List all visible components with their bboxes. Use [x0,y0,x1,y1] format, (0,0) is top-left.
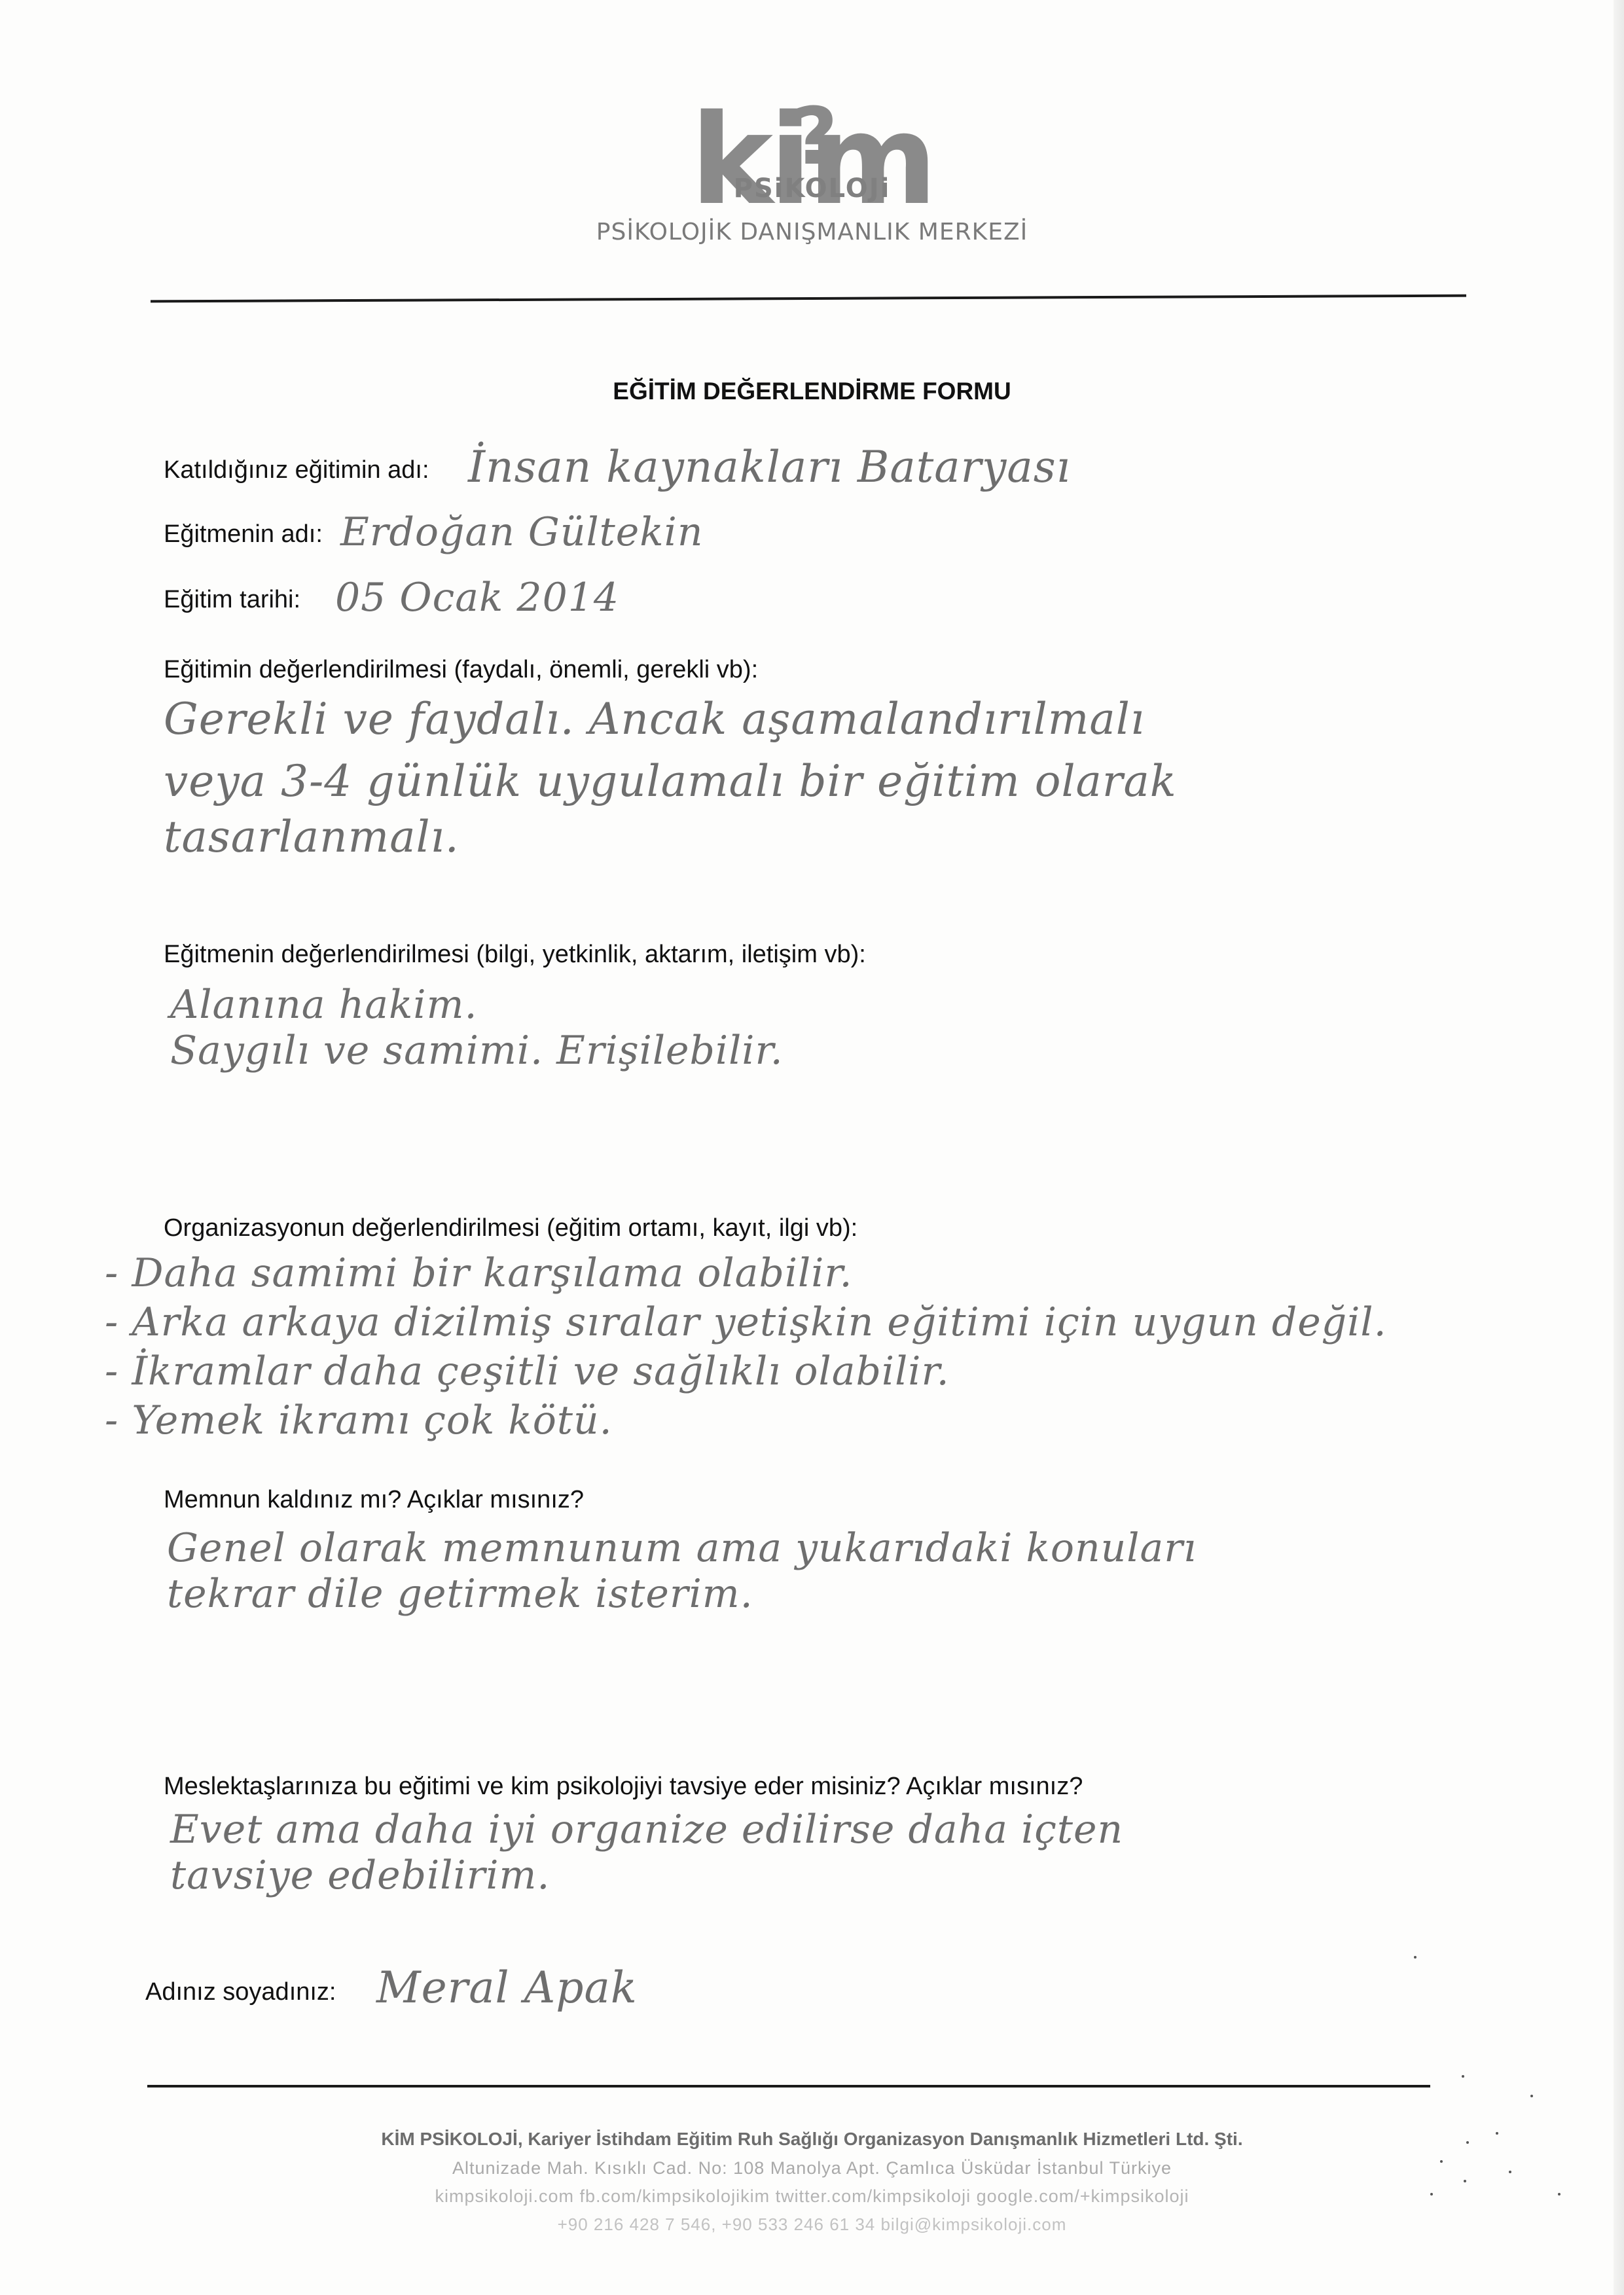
footer-company: KİM PSİKOLOJİ, Kariyer İstihdam Eğitim R… [0,2129,1624,2150]
scan-speck [1414,1956,1416,1959]
training-date-label: Eğitim tarihi: [164,586,300,614]
scan-speck [1530,2095,1533,2097]
organization-eval-label: Organizasyonun değerlendirilmesi (eğitim… [164,1214,857,1242]
respondent-name-value[interactable]: Meral Apak [376,1962,638,2013]
scan-edge-shadow [1614,0,1624,2295]
training-eval-answer-line[interactable]: tasarlanmalı. [164,812,460,862]
training-date-value[interactable]: 05 Ocak 2014 [335,575,619,621]
scan-speck [1430,2193,1433,2196]
scan-speck [1440,2160,1443,2163]
satisfaction-label: Memnun kaldınız mı? Açıklar mısınız? [164,1486,584,1514]
satisfaction-answer-line[interactable]: tekrar dile getirmek isterim. [167,1571,753,1617]
footer-web-links: kimpsikoloji.com fb.com/kimpsikolojikim … [0,2186,1624,2207]
trainer-eval-label: Eğitmenin değerlendirilmesi (bilgi, yetk… [164,941,866,969]
scan-speck [1464,2180,1466,2182]
training-eval-label: Eğitimin değerlendirilmesi (faydalı, öne… [164,656,758,684]
logo-tagline: PSİKOLOJİK DANIŞMANLIK MERKEZİ [0,219,1624,245]
recommendation-label: Meslektaşlarınıza bu eğitimi ve kim psik… [164,1773,1083,1801]
training-eval-answer-line[interactable]: veya 3-4 günlük uygulamalı bir eğitim ol… [164,756,1177,806]
training-name-value[interactable]: İnsan kaynakları Bataryası [468,442,1071,492]
scan-speck [1462,2075,1464,2078]
trainer-name-value[interactable]: Erdoğan Gültekin [340,509,703,555]
recommendation-answer-line[interactable]: tavsiye edebilirim. [170,1852,550,1898]
footer-address: Altunizade Mah. Kısıklı Cad. No: 108 Man… [0,2158,1624,2178]
recommendation-answer-line[interactable]: Evet ama daha iyi organize edilirse daha… [170,1807,1123,1852]
satisfaction-answer-line[interactable]: Genel olarak memnunum ama yukarıdaki kon… [167,1525,1197,1571]
trainer-eval-answer-line[interactable]: Alanına hakim. [170,982,478,1028]
footer-divider [147,2085,1430,2087]
trainer-eval-answer-line[interactable]: Saygılı ve samimi. Erişilebilir. [170,1028,784,1074]
logo-question-icon: ? [792,92,838,183]
trainer-name-label: Eğitmenin adı: [164,520,323,549]
respondent-name-label: Adınız soyadınız: [145,1978,336,2006]
scan-speck [1558,2193,1561,2196]
training-eval-answer-line[interactable]: Gerekli ve faydalı. Ancak aşamalandırılm… [164,694,1145,744]
training-name-label: Katıldığınız eğitimin adı: [164,456,429,484]
scan-speck [1509,2171,1511,2173]
scan-speck [1466,2141,1469,2144]
scan-speck [1496,2132,1498,2135]
organization-eval-answer-line[interactable]: - Yemek ikramı çok kötü. [105,1398,613,1443]
organization-eval-answer-line[interactable]: - Daha samimi bir karşılama olabilir. [105,1250,853,1296]
logo-subtitle: PSiKOLOJi [0,173,1624,204]
organization-eval-answer-line[interactable]: - İkramlar daha çeşitli ve sağlıklı olab… [105,1348,950,1394]
footer-contact: +90 216 428 7 546, +90 533 246 61 34 bil… [0,2214,1624,2235]
form-title: EĞİTİM DEĞERLENDİRME FORMU [0,378,1624,405]
organization-eval-answer-line[interactable]: - Arka arkaya dizilmiş sıralar yetişkin … [105,1299,1387,1345]
header-divider [151,295,1466,303]
